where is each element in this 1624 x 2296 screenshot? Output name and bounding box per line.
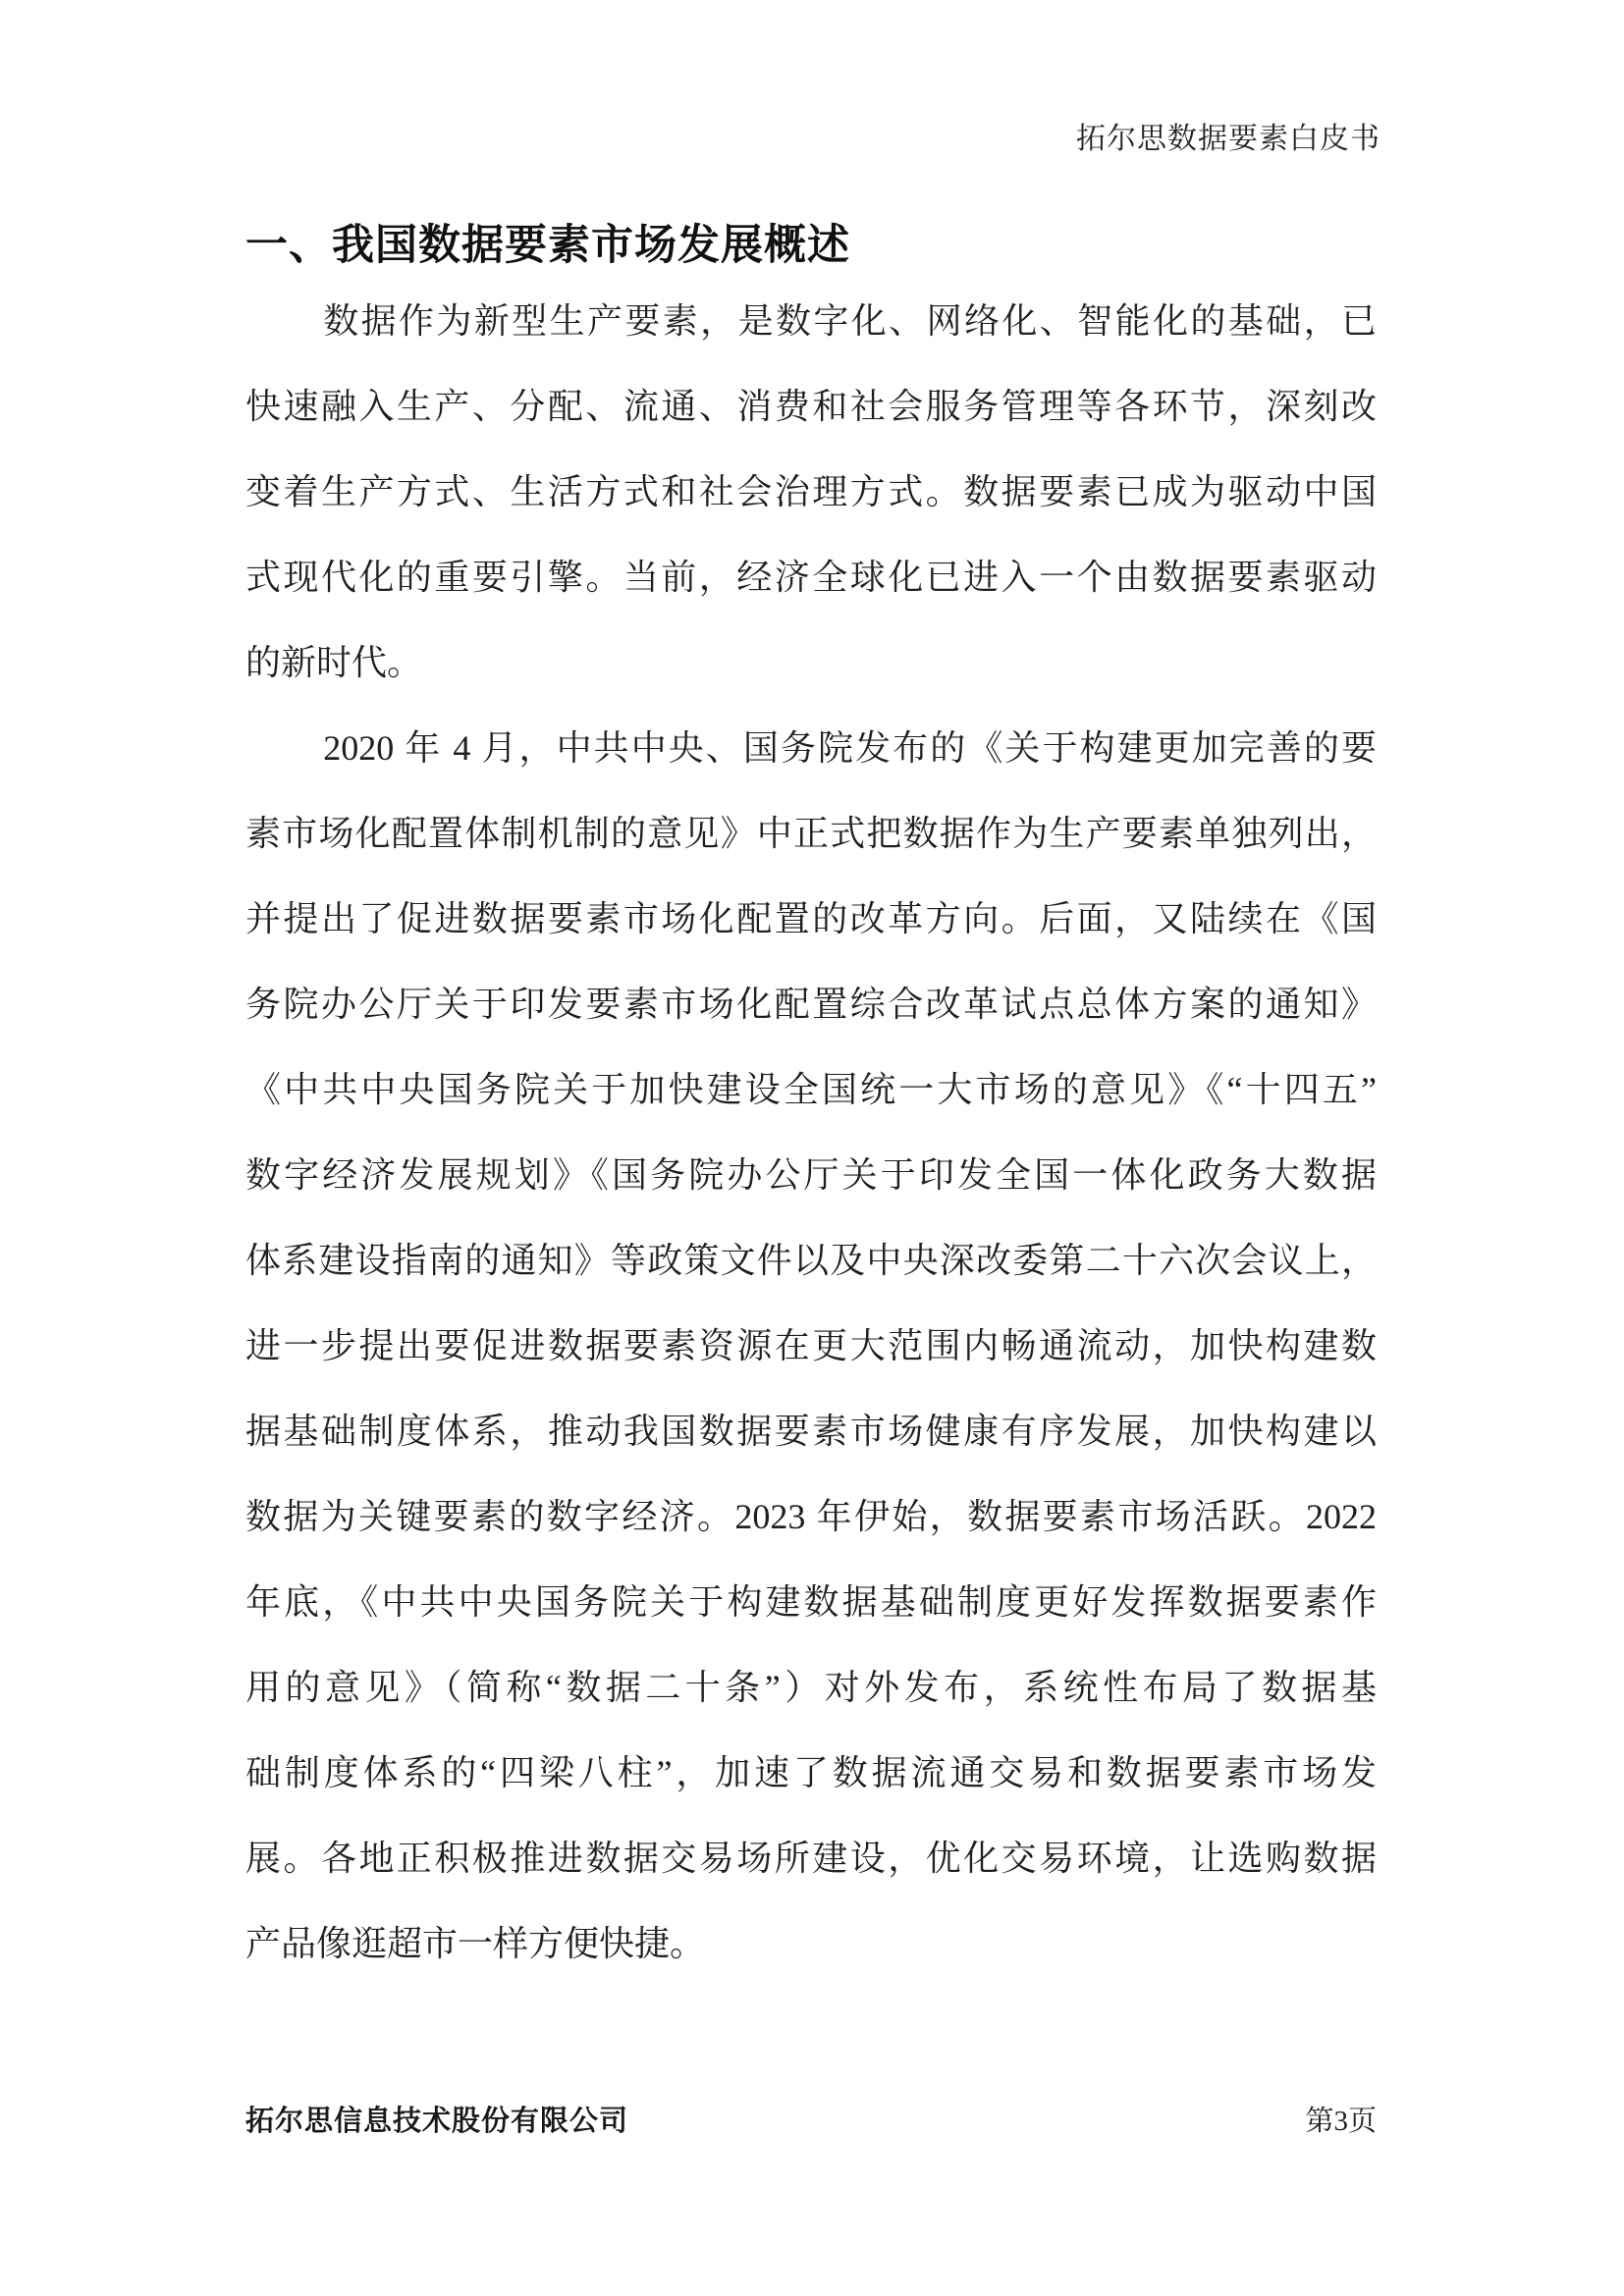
paragraph-line: 展。各地正积极推进数据交易场所建设，优化交易环境，让选购数据 (245, 1816, 1377, 1901)
paragraph-line: 2020 年 4 月，中共中央、国务院发布的《关于构建更加完善的要 (245, 706, 1377, 791)
footer-page-number: 第3页 (1305, 2099, 1377, 2139)
document-body: 数据作为新型生产要素，是数字化、网络化、智能化的基础，已 快速融入生产、分配、流… (245, 279, 1377, 1987)
paragraph-line: 进一步提出要促进数据要素资源在更大范围内畅通流动，加快构建数 (245, 1304, 1377, 1389)
paragraph-line: 数字经济发展规划》《国务院办公厅关于印发全国一体化政务大数据 (245, 1133, 1377, 1218)
paragraph-line: 数据作为新型生产要素，是数字化、网络化、智能化的基础，已 (245, 279, 1377, 364)
paragraph-line: 的新时代。 (245, 620, 1377, 706)
header-title: 拓尔思数据要素白皮书 (1076, 123, 1380, 155)
document-page: 拓尔思数据要素白皮书 一、我国数据要素市场发展概述 数据作为新型生产要素，是数字… (0, 0, 1624, 2296)
paragraph-line: 变着生产方式、生活方式和社会治理方式。数据要素已成为驱动中国 (245, 450, 1377, 535)
paragraph-line: 础制度体系的“四梁八柱”，加速了数据流通交易和数据要素市场发 (245, 1731, 1377, 1816)
paragraph-line: 并提出了促进数据要素市场化配置的改革方向。后面，又陆续在《国 (245, 877, 1377, 962)
paragraph-line: 产品像逛超市一样方便快捷。 (245, 1901, 1377, 1987)
page-header: 拓尔思数据要素白皮书 (245, 114, 1380, 157)
paragraph-line: 数据为关键要素的数字经济。2023 年伊始，数据要素市场活跃。2022 (245, 1474, 1377, 1560)
footer-company-name: 拓尔思信息技术股份有限公司 (245, 2099, 628, 2139)
paragraph-line: 素市场化配置体制机制的意见》中正式把数据作为生产要素单独列出， (245, 791, 1377, 877)
paragraph-line: 式现代化的重要引擎。当前，经济全球化已进入一个由数据要素驱动 (245, 535, 1377, 620)
paragraph-line: 快速融入生产、分配、流通、消费和社会服务管理等各环节，深刻改 (245, 364, 1377, 450)
paragraph-line: 用的意见》（简称“数据二十条”）对外发布，系统性布局了数据基 (245, 1645, 1377, 1731)
paragraph-line: 体系建设指南的通知》等政策文件以及中央深改委第二十六次会议上， (245, 1218, 1377, 1304)
paragraph-line: 务院办公厅关于印发要素市场化配置综合改革试点总体方案的通知》 (245, 962, 1377, 1047)
paragraph-line: 《中共中央国务院关于加快建设全国统一大市场的意见》《“十四五” (245, 1047, 1377, 1133)
paragraph-line: 年底，《中共中央国务院关于构建数据基础制度更好发挥数据要素作 (245, 1560, 1377, 1645)
section-heading: 一、我国数据要素市场发展概述 (245, 212, 1377, 272)
paragraph-line: 据基础制度体系，推动我国数据要素市场健康有序发展，加快构建以 (245, 1389, 1377, 1474)
page-footer: 拓尔思信息技术股份有限公司 第3页 (245, 2099, 1377, 2139)
